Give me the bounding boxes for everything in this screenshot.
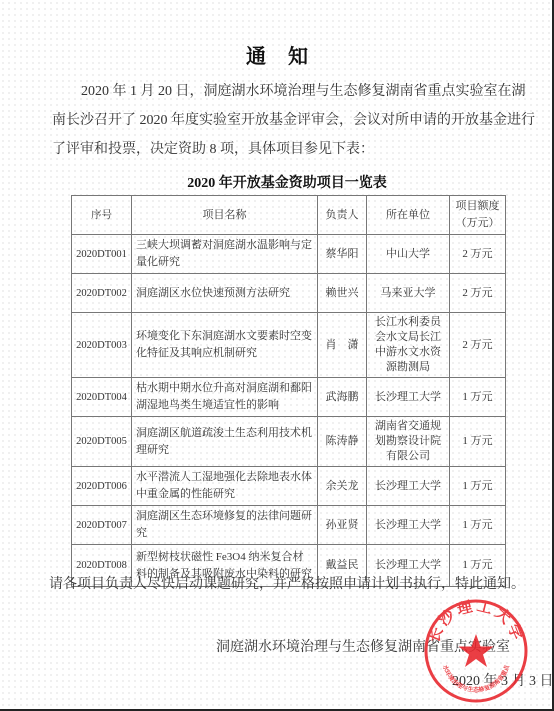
table-row: 2020DT002 洞庭湖区水位快速预测方法研究 赖世兴 马来亚大学 2 万元 — [72, 274, 506, 313]
cell-id: 2020DT003 — [72, 313, 132, 378]
cell-amount: 1 万元 — [450, 506, 506, 545]
cell-lead: 赖世兴 — [318, 274, 367, 313]
cell-unit: 中山大学 — [367, 235, 450, 274]
cell-name: 洞庭湖区航道疏浚土生态利用技术机理研究 — [132, 417, 318, 467]
cell-id: 2020DT002 — [72, 274, 132, 313]
cell-id: 2020DT005 — [72, 417, 132, 467]
cell-name: 环境变化下东洞庭湖水文要素时空变化特征及其响应机制研究 — [132, 313, 318, 378]
cell-unit: 长沙理工大学 — [367, 378, 450, 417]
funding-table: 序号 项目名称 负责人 所在单位 项目额度 （万元） 2020DT001 三峡大… — [71, 195, 506, 587]
document-title: 通知 — [0, 40, 554, 69]
header-name: 项目名称 — [132, 196, 318, 235]
cell-lead: 武海鹏 — [318, 378, 367, 417]
header-amount: 项目额度 （万元） — [450, 196, 506, 235]
table-header-row: 序号 项目名称 负责人 所在单位 项目额度 （万元） — [72, 196, 506, 235]
cell-id: 2020DT006 — [72, 467, 132, 506]
cell-lead: 肖 潇 — [318, 313, 367, 378]
header-amount-line1: 项目额度 — [454, 198, 501, 215]
body-paragraph: 2020 年 1 月 20 日，洞庭湖水环境治理与生态修复湖南省重点实验室在湖 … — [52, 77, 490, 164]
cell-amount: 1 万元 — [450, 467, 506, 506]
paragraph-line: 南长沙召开了 2020 年度实验室开放基金评审会，会议对所申请的开放基金进行 — [52, 106, 490, 135]
table-row: 2020DT001 三峡大坝调蓄对洞庭湖水温影响与定量化研究 蔡华阳 中山大学 … — [72, 235, 506, 274]
cell-unit: 马来亚大学 — [367, 274, 450, 313]
cell-unit: 长江水利委员会水文局长江中游水文水资源勘测局 — [367, 313, 450, 378]
header-id: 序号 — [72, 196, 132, 235]
table-title: 2020 年开放基金资助项目一览表 — [0, 172, 554, 192]
cell-name: 三峡大坝调蓄对洞庭湖水温影响与定量化研究 — [132, 235, 318, 274]
official-seal-icon: 长沙理工大学 洞庭湖水环境治理与生态修复湖南省重点实验室 — [421, 596, 531, 706]
cell-amount: 2 万元 — [450, 313, 506, 378]
cell-amount: 1 万元 — [450, 417, 506, 467]
table-row: 2020DT005 洞庭湖区航道疏浚土生态利用技术机理研究 陈涛静 湖南省交通规… — [72, 417, 506, 467]
header-unit: 所在单位 — [367, 196, 450, 235]
cell-unit: 湖南省交通规划勘察设计院有限公司 — [367, 417, 450, 467]
cell-amount: 1 万元 — [450, 378, 506, 417]
header-lead: 负责人 — [318, 196, 367, 235]
cell-name: 枯水期中期水位升高对洞庭湖和鄱阳湖湿地鸟类生境适宜性的影响 — [132, 378, 318, 417]
cell-name: 水平潜流人工湿地强化去除地表水体中重金属的性能研究 — [132, 467, 318, 506]
table-row: 2020DT003 环境变化下东洞庭湖水文要素时空变化特征及其响应机制研究 肖 … — [72, 313, 506, 378]
cell-amount: 2 万元 — [450, 235, 506, 274]
cell-lead: 孙亚贤 — [318, 506, 367, 545]
table-row: 2020DT004 枯水期中期水位升高对洞庭湖和鄱阳湖湿地鸟类生境适宜性的影响 … — [72, 378, 506, 417]
cell-id: 2020DT007 — [72, 506, 132, 545]
cell-name: 洞庭湖区生态环境修复的法律问题研究 — [132, 506, 318, 545]
cell-name: 洞庭湖区水位快速预测方法研究 — [132, 274, 318, 313]
cell-lead: 余关龙 — [318, 467, 367, 506]
header-amount-line2: （万元） — [454, 215, 501, 232]
paragraph-line: 2020 年 1 月 20 日，洞庭湖水环境治理与生态修复湖南省重点实验室在湖 — [52, 77, 490, 106]
cell-lead: 蔡华阳 — [318, 235, 367, 274]
cell-unit: 长沙理工大学 — [367, 506, 450, 545]
paragraph-line: 了评审和投票，决定资助 8 项，具体项目参见下表： — [52, 135, 490, 164]
cell-id: 2020DT004 — [72, 378, 132, 417]
closing-text: 请各项目负责人尽快启动课题研究，并严格按照申请计划书执行，特此通知。 — [49, 573, 525, 593]
table-row: 2020DT007 洞庭湖区生态环境修复的法律问题研究 孙亚贤 长沙理工大学 1… — [72, 506, 506, 545]
table-row: 2020DT006 水平潜流人工湿地强化去除地表水体中重金属的性能研究 余关龙 … — [72, 467, 506, 506]
cell-id: 2020DT001 — [72, 235, 132, 274]
cell-unit: 长沙理工大学 — [367, 467, 450, 506]
cell-lead: 陈涛静 — [318, 417, 367, 467]
cell-amount: 2 万元 — [450, 274, 506, 313]
